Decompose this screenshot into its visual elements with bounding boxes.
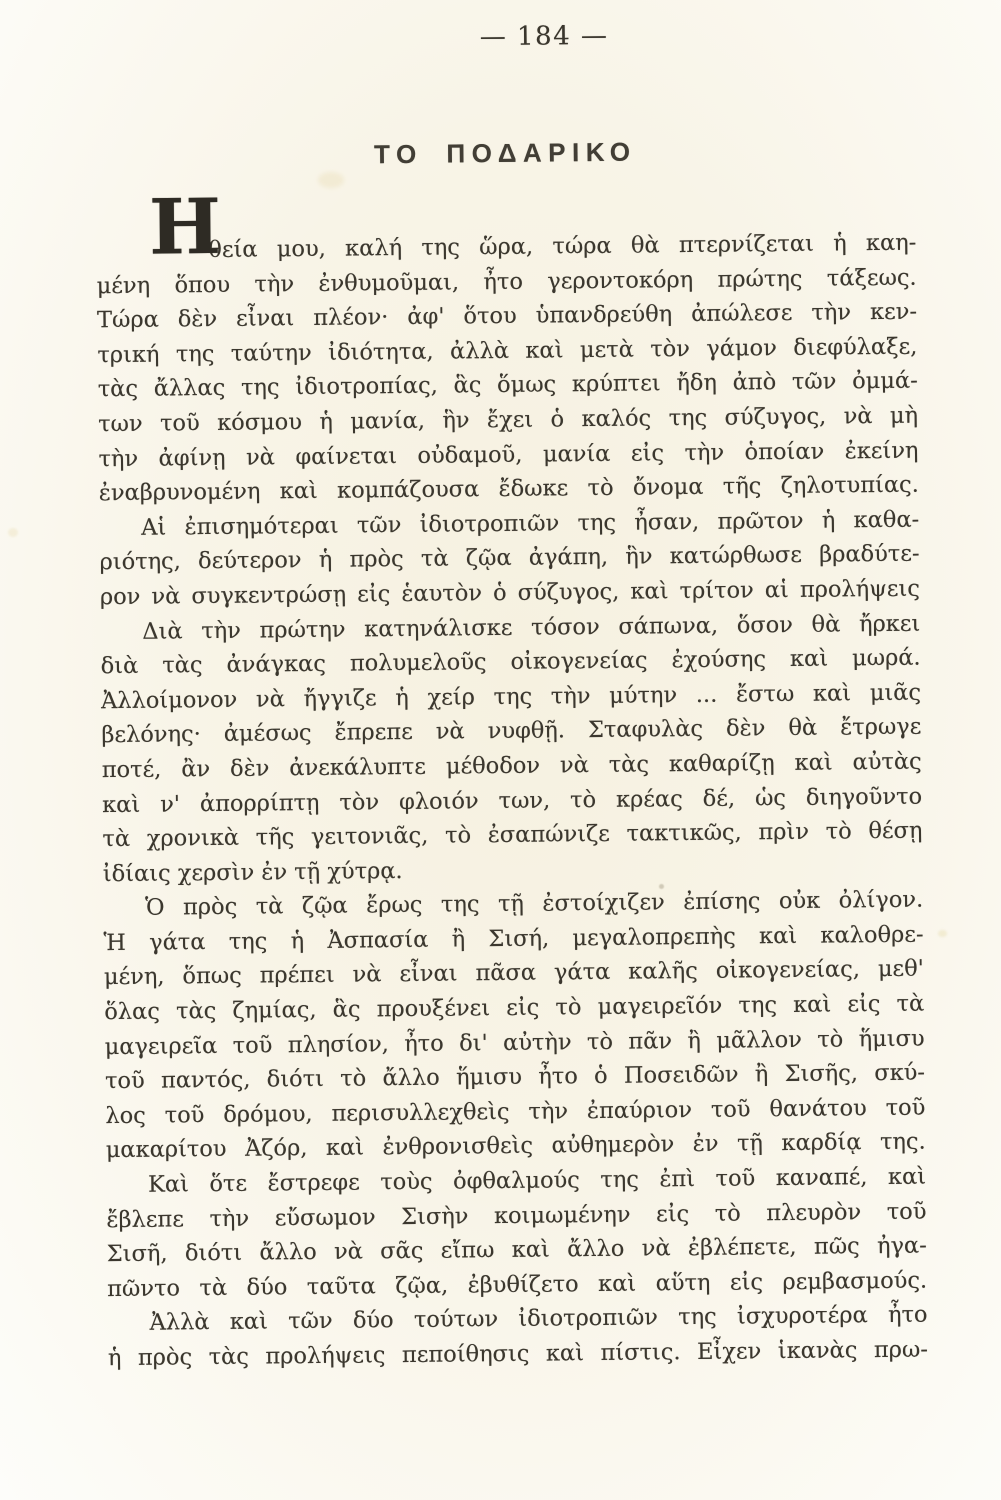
paragraph: Καὶ ὅτε ἔστρεφε τοὺς ὀφθαλμούς της ἐπὶ τ…: [106, 1160, 927, 1307]
paragraph: Ὁ πρὸς τὰ ζῷα ἔρως της τῇ ἐστοίχιζεν ἐπί…: [103, 883, 926, 1168]
page-number: — 184 —: [134, 17, 954, 56]
scanned-book-page: — 184 — ΤΟ ΠΟΔΑΡΙΚΟ θεία μου, καλή της ὥ…: [0, 0, 1001, 1500]
page-title: ΤΟ ΠΟΔΑΡΙΚΟ: [95, 134, 915, 174]
text-block: θεία μου, καλή της ὥρα, τώρα θὰ πτερνίζε…: [96, 226, 928, 1376]
paragraph: Αἱ ἐπισημότεραι τῶν ἰδιοτροπιῶν της ἦσαν…: [99, 502, 920, 614]
drop-cap: Η: [149, 189, 222, 266]
page-content: — 184 — ΤΟ ΠΟΔΑΡΙΚΟ θεία μου, καλή της ὥ…: [0, 0, 1001, 1500]
paragraph: Ἀλλὰ καὶ τῶν δύο τούτων ἰδιοτροπιῶν της …: [107, 1298, 928, 1376]
paragraph: θεία μου, καλή της ὥρα, τώρα θὰ πτερνίζε…: [96, 226, 919, 511]
text-line: ἡ πρὸς τὰς προλήψεις πεποίθησις καὶ πίστ…: [108, 1333, 928, 1376]
paragraph: Διὰ τὴν πρώτην κατηνάλισκε τόσον σάπωνα,…: [100, 606, 923, 891]
